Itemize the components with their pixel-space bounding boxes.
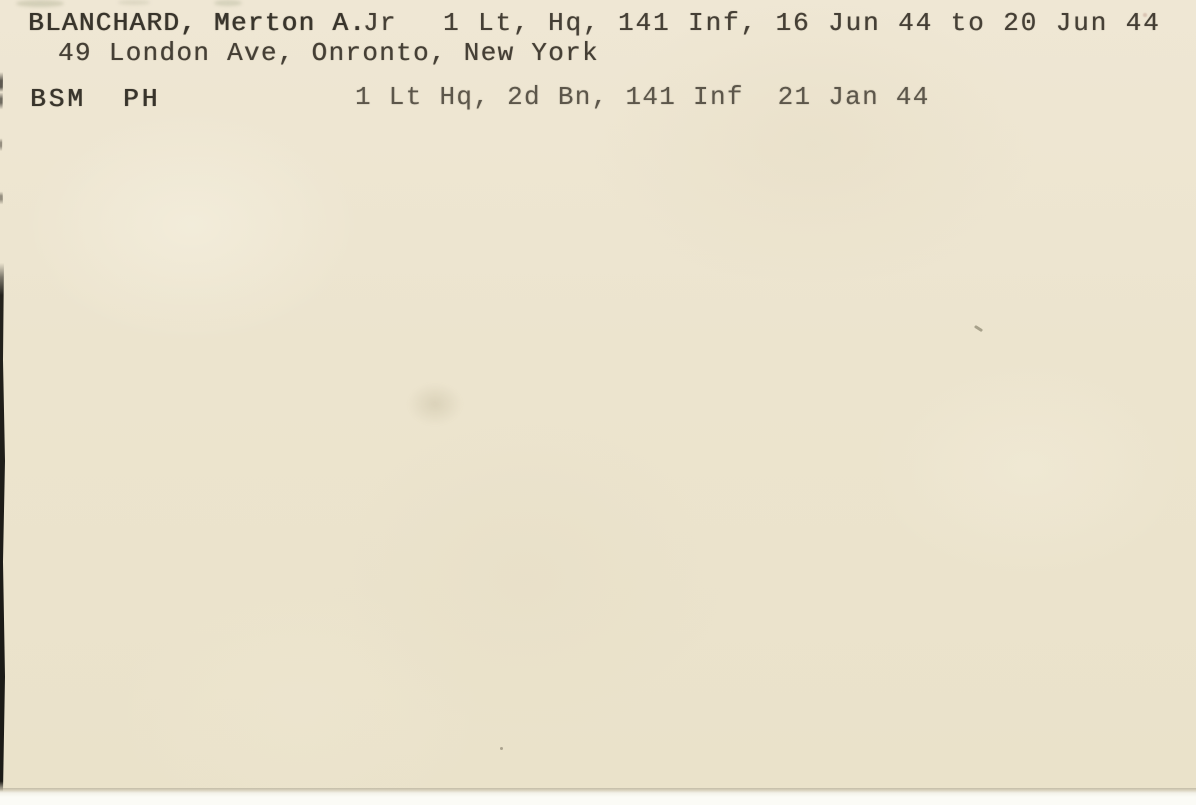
awards-abbreviations: BSM PH [30, 84, 160, 114]
scan-left-edge-artifact [0, 72, 6, 792]
soldier-name: BLANCHARD, Merton A. [28, 8, 366, 38]
paper-stain [408, 383, 462, 425]
assignment-entry: 1 Lt Hq, 2d Bn, 141 Inf 21 Jan 44 [355, 82, 930, 112]
paper-speck-pink [1143, 13, 1147, 17]
top-edge-smudge [16, 0, 64, 7]
paper-fiber-speck [974, 325, 983, 332]
name-suffix: Jr [363, 8, 397, 38]
top-edge-smudge [214, 0, 242, 6]
paper-speck [500, 747, 503, 750]
scan-bottom-background-strip [0, 788, 1196, 805]
scanned-service-card: BLANCHARD, Merton A. Jr 1 Lt, Hq, 141 In… [0, 0, 1196, 805]
service-entry: 1 Lt, Hq, 141 Inf, 16 Jun 44 to 20 Jun 4… [443, 8, 1161, 38]
top-edge-smudge [118, 0, 150, 5]
home-address: 49 London Ave, Onronto, New York [58, 38, 599, 68]
